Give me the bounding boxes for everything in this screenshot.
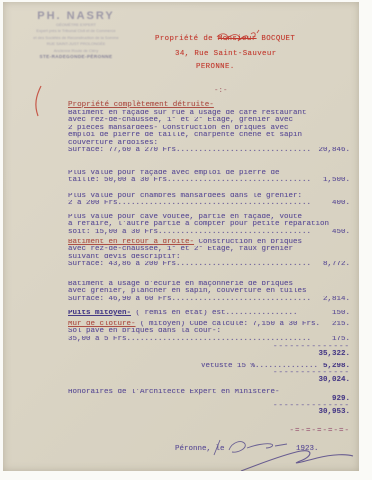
stamp-prefix: Propriété de [155, 35, 218, 43]
document-line: Bâtiment en façade sur rue à usage de ca… [68, 110, 350, 117]
property-stamp-line3: PERONNE. [196, 63, 235, 71]
valuation-item: Bâtiment en façade sur rue à usage de ca… [68, 110, 350, 154]
document-line: Mur de clôture- ( mitoyen) Cube calculé:… [68, 321, 350, 328]
scanned-document: PH. NASRY GÉOMÈTRE EXPERT Expert près le… [0, 0, 372, 480]
document-line: emploi de pierre de taille, charpente ch… [68, 132, 350, 139]
valuation-item: Bâtiment en retour à droite- Constructio… [68, 239, 350, 269]
amount: 215. [332, 321, 350, 328]
document-line: 2 pièces mansardées- Construction en bri… [68, 125, 350, 132]
amount: 150. [332, 310, 350, 317]
subtotal-amount: 35,322. [318, 351, 350, 358]
honoraires-label: Honoraires de l'Architecte Expert en Min… [68, 389, 350, 396]
tail-separator: -=-=-=-=-=- [289, 428, 350, 435]
document-line: à refaire, l'autre partie à compter pour… [68, 221, 350, 228]
date-year: 1923. [296, 445, 319, 453]
valuation-item: Mur de clôture- ( mitoyen) Cube calculé:… [68, 321, 350, 343]
valuation-item: Bâtiment à usage d'écurie en maçonnerie … [68, 281, 350, 303]
document-line: Bâtiment en retour à droite- Constructio… [68, 239, 350, 246]
stamp-owner-name: BOCQUET [257, 35, 296, 43]
document-line: soit: 15,00 à 30 Frs....................… [68, 229, 350, 236]
document-line: Surface: 43,86 à 200 Frs................… [68, 261, 350, 268]
letterhead-line: STE-RADEGONDE-PÉRONNE [17, 54, 135, 60]
document-line: 2 à 200 Frs.............................… [68, 200, 350, 207]
honoraires-line: Honoraires de l'Architecte Expert en Min… [68, 389, 350, 396]
document-line: Plus value pour chambres mansardées dans… [68, 193, 350, 200]
lead-emphasis: Mur de clôture- [68, 321, 136, 328]
amount: 8,772. [323, 261, 350, 268]
valuation-item: Plus value pour façade avec emploi de pi… [68, 170, 350, 185]
document-line: couverture ardoises: [68, 140, 350, 147]
letterhead-stamp: PH. NASRY GÉOMÈTRE EXPERT Expert près le… [17, 10, 135, 60]
document-page: PH. NASRY GÉOMÈTRE EXPERT Expert près le… [3, 2, 359, 471]
lead-emphasis: Puits mitoyen- [68, 310, 131, 317]
valuation-item: Plus value pour chambres mansardées dans… [68, 193, 350, 208]
property-stamp-line1: Propriété de Monsieur BOCQUET [155, 35, 295, 43]
amount: 20,846. [318, 147, 350, 154]
grand-total-amount: 30,953. [318, 409, 350, 416]
valuation-item: Puits mitoyen- ( remis en état) est.....… [68, 310, 350, 317]
document-line: avec rez-de-chaussée, 1° et 2° Etage, fa… [68, 246, 350, 253]
document-line: taille: 50,00 à 30 Frs..................… [68, 177, 350, 184]
page-separator-mark: -:- [214, 87, 228, 95]
amount: 400. [332, 200, 350, 207]
handwritten-check-mark [36, 86, 41, 116]
document-line: Sol pavé en briques dans la cour-: [68, 328, 350, 335]
signature [241, 451, 353, 471]
document-line: Plus value pour façade avec emploi de pi… [68, 170, 350, 177]
amount: 450. [332, 229, 350, 236]
net-amount: 30,024. [318, 377, 350, 384]
letterhead-name: PH. NASRY [17, 10, 135, 22]
handwriting-overlay [3, 2, 359, 471]
date-place-prefix: Péronne, le [175, 445, 225, 453]
document-line: suivant devis descriptif: [68, 254, 350, 261]
lead-emphasis: Bâtiment en retour à droite- [68, 239, 194, 246]
page-edge-shadow [3, 2, 359, 471]
document-line: Plus value pour cave voûtée, partie en f… [68, 214, 350, 221]
document-line: avec grenier, plancher en sapin, couvert… [68, 288, 350, 295]
document-line: Surface: 46,90 à 60 Frs.................… [68, 296, 350, 303]
valuation-item: Plus value pour cave voûtée, partie en f… [68, 214, 350, 236]
amount: 2,814. [323, 296, 350, 303]
document-line: Surface: 77,60 à 270 Frs................… [68, 147, 350, 154]
amount: 1,500. [323, 177, 350, 184]
document-line: Bâtiment à usage d'écurie en maçonnerie … [68, 281, 350, 288]
document-heading: Propriété complètement détruite- [68, 101, 214, 109]
document-line: Puits mitoyen- ( remis en état) est.....… [68, 310, 350, 317]
stamp-struck-word: Monsieur [218, 35, 257, 43]
document-line: avec rez-de-chaussée, 1° et 2° Etage, gr… [68, 117, 350, 124]
property-stamp-line2: 34, Rue Saint-Sauveur [175, 50, 277, 58]
